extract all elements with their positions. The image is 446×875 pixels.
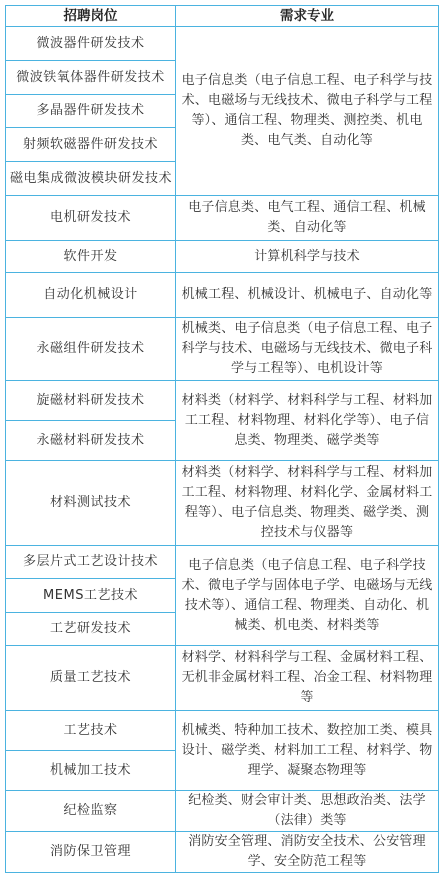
table-row: 自动化机械设计 机械工程、机械设计、机械电子、自动化等 — [6, 273, 439, 318]
table-row: 纪检监察 纪检类、财会审计类、思想政治类、法学（法律）类等 — [6, 791, 439, 832]
table-row: 电机研发技术 电子信息类、电气工程、通信工程、机械类、自动化等 — [6, 196, 439, 241]
major-cell: 电子信息类、电气工程、通信工程、机械类、自动化等 — [176, 196, 439, 241]
major-cell: 机械工程、机械设计、机械电子、自动化等 — [176, 273, 439, 318]
position-cell: 微波铁氧体器件研发技术 — [6, 61, 176, 95]
position-cell: 工艺技术 — [6, 711, 176, 751]
position-cell: 射频软磁器件研发技术 — [6, 128, 176, 162]
position-cell: 机械加工技术 — [6, 751, 176, 791]
table-row: 软件开发 计算机科学与技术 — [6, 241, 439, 273]
recruitment-table: 招聘岗位 需求专业 微波器件研发技术 电子信息类（电子信息工程、电子科学与技术、… — [5, 5, 439, 873]
position-cell: 纪检监察 — [6, 791, 176, 832]
header-major: 需求专业 — [176, 6, 439, 27]
major-cell: 机械类、电子信息类（电子信息工程、电子科学与技术、电磁场与无线技术、微电子科学与… — [176, 318, 439, 381]
major-cell: 材料类（材料学、材料科学与工程、材料加工工程、材料物理、材料化学、金属材料工程等… — [176, 461, 439, 546]
major-cell: 电子信息类（电子信息工程、电子科学与技术、电磁场与无线技术、微电子科学与工程等）… — [176, 27, 439, 196]
major-cell: 电子信息类（电子信息工程、电子科学技术、微电子学与固体电子学、电磁场与无线技术等… — [176, 546, 439, 646]
position-cell: 自动化机械设计 — [6, 273, 176, 318]
position-cell: 永磁材料研发技术 — [6, 421, 176, 461]
table-row: 微波器件研发技术 电子信息类（电子信息工程、电子科学与技术、电磁场与无线技术、微… — [6, 27, 439, 61]
table-row: 旋磁材料研发技术 材料类（材料学、材料科学与工程、材料加工工程、材料物理、材料化… — [6, 381, 439, 421]
position-cell: 质量工艺技术 — [6, 646, 176, 711]
table-header-row: 招聘岗位 需求专业 — [6, 6, 439, 27]
table-row: 材料测试技术 材料类（材料学、材料科学与工程、材料加工工程、材料物理、材料化学、… — [6, 461, 439, 546]
position-cell: 永磁组件研发技术 — [6, 318, 176, 381]
position-cell: 微波器件研发技术 — [6, 27, 176, 61]
position-cell: 磁电集成微波模块研发技术 — [6, 162, 176, 196]
position-cell: 工艺研发技术 — [6, 613, 176, 646]
position-cell: 电机研发技术 — [6, 196, 176, 241]
major-cell: 机械类、特种加工技术、数控加工类、模具设计、磁学类、材料加工工程、材料学、物理学… — [176, 711, 439, 791]
position-cell: 多晶器件研发技术 — [6, 95, 176, 128]
header-position: 招聘岗位 — [6, 6, 176, 27]
major-cell: 材料类（材料学、材料科学与工程、材料加工工程、材料物理、材料化学等）、电子信息类… — [176, 381, 439, 461]
table-row: 消防保卫管理 消防安全管理、消防安全技术、公安管理学、安全防范工程等 — [6, 832, 439, 873]
table-row: 质量工艺技术 材料学、材料科学与工程、金属材料工程、无机非金属材料工程、冶金工程… — [6, 646, 439, 711]
table-row: 工艺技术 机械类、特种加工技术、数控加工类、模具设计、磁学类、材料加工工程、材料… — [6, 711, 439, 751]
position-cell: MEMS工艺技术 — [6, 579, 176, 613]
position-cell: 旋磁材料研发技术 — [6, 381, 176, 421]
major-cell: 材料学、材料科学与工程、金属材料工程、无机非金属材料工程、冶金工程、材料物理等 — [176, 646, 439, 711]
major-cell: 消防安全管理、消防安全技术、公安管理学、安全防范工程等 — [176, 832, 439, 873]
position-cell: 消防保卫管理 — [6, 832, 176, 873]
table-row: 多层片式工艺设计技术 电子信息类（电子信息工程、电子科学技术、微电子学与固体电子… — [6, 546, 439, 579]
position-cell: 多层片式工艺设计技术 — [6, 546, 176, 579]
major-cell: 计算机科学与技术 — [176, 241, 439, 273]
major-cell: 纪检类、财会审计类、思想政治类、法学（法律）类等 — [176, 791, 439, 832]
table-row: 永磁组件研发技术 机械类、电子信息类（电子信息工程、电子科学与技术、电磁场与无线… — [6, 318, 439, 381]
position-cell: 材料测试技术 — [6, 461, 176, 546]
position-cell: 软件开发 — [6, 241, 176, 273]
